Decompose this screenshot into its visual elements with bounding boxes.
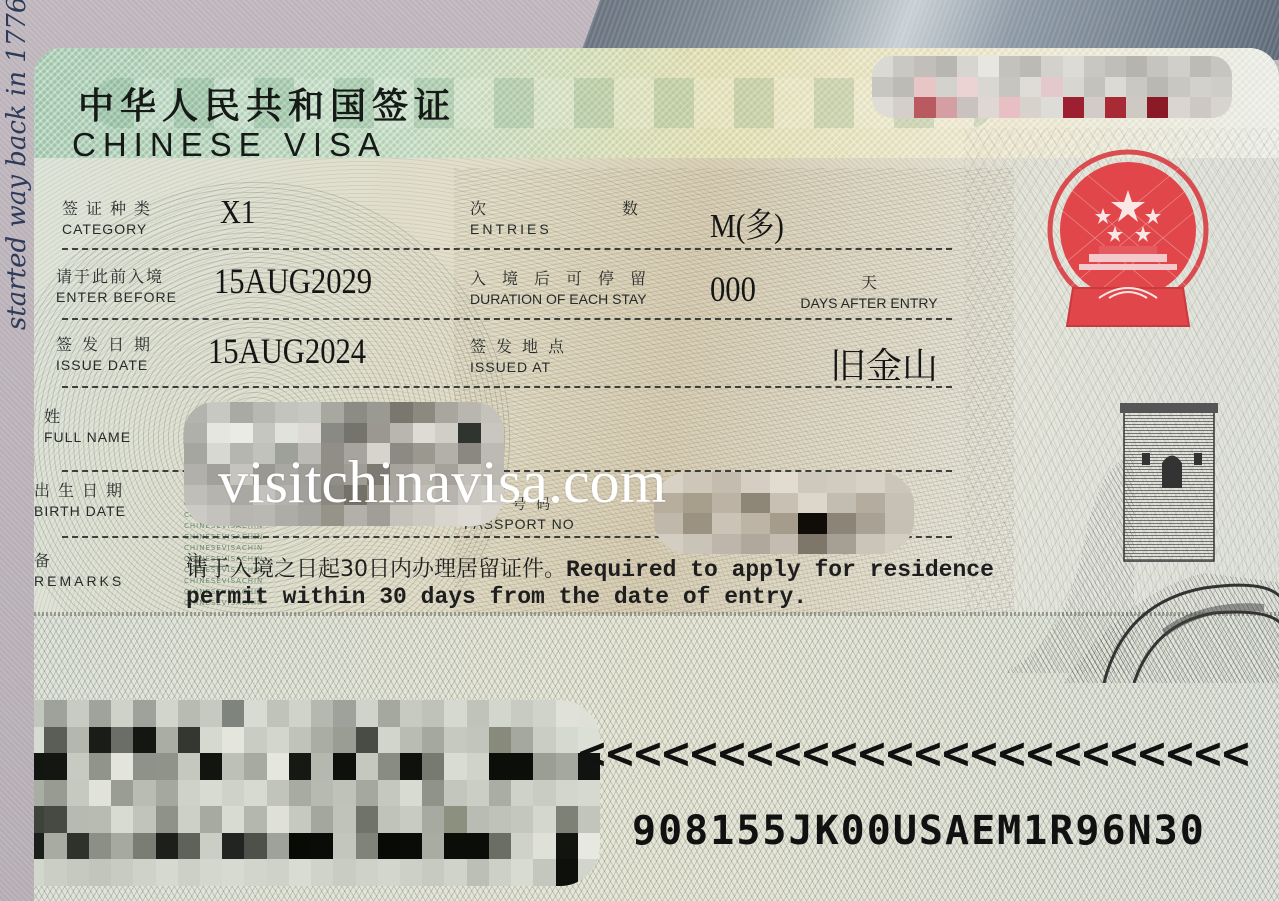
mrz-filler-char: < bbox=[1052, 729, 1080, 777]
mrz-filler-char: < bbox=[1192, 729, 1220, 777]
enter-before-label: 请于此前入境 ENTER BEFORE bbox=[56, 264, 177, 305]
mrz-filler-char: < bbox=[940, 729, 968, 777]
mrz-filler-char: < bbox=[1108, 729, 1136, 777]
duration-value: 000 bbox=[710, 268, 756, 310]
category-value: X1 bbox=[220, 194, 255, 232]
redacted-mrz-line bbox=[34, 700, 600, 886]
visa-title-chinese: 中华人民共和国签证 bbox=[78, 78, 456, 129]
redacted-passport-number bbox=[654, 472, 914, 554]
national-emblem-icon bbox=[1039, 148, 1217, 338]
issue-date-label: 签发日期 ISSUE DATE bbox=[56, 332, 160, 373]
redacted-visa-number bbox=[872, 56, 1232, 118]
enter-before-value: 15AUG2029 bbox=[214, 260, 372, 302]
mrz-filler-char: < bbox=[716, 729, 744, 777]
category-label: 签证种类 CATEGORY bbox=[62, 196, 158, 237]
mrz-filler-char: < bbox=[856, 729, 884, 777]
mrz-filler-char: < bbox=[828, 729, 856, 777]
mrz-filler-char: < bbox=[912, 729, 940, 777]
mrz-filler-char: < bbox=[1220, 729, 1248, 777]
great-wall-illustration bbox=[1004, 393, 1279, 683]
entries-value: M(多) bbox=[710, 198, 784, 247]
watermark: visitchinavisa.com bbox=[218, 448, 666, 517]
mrz-filler-char: < bbox=[1080, 729, 1108, 777]
mrz-filler-char: < bbox=[884, 729, 912, 777]
mrz-filler-char: < bbox=[604, 729, 632, 777]
mrz-filler-char: < bbox=[1024, 729, 1052, 777]
visa-sticker: CHINESEVISACHINESEVCHINESEVISACHINESEVCH… bbox=[34, 48, 1279, 901]
visa-title-english: CHINESE VISA bbox=[72, 126, 387, 164]
field-divider bbox=[62, 386, 952, 388]
field-divider bbox=[62, 248, 952, 250]
mrz-filler-char: < bbox=[660, 729, 688, 777]
mrz-filler-char: < bbox=[800, 729, 828, 777]
mrz-line-2: 908155JK00USAEM1R96N30 bbox=[632, 808, 1206, 854]
mrz-filler-char: < bbox=[632, 729, 660, 777]
mrz-filler-char: < bbox=[576, 729, 604, 777]
mrz-filler-char: < bbox=[744, 729, 772, 777]
mrz-filler-char: < bbox=[1164, 729, 1192, 777]
remarks-line-2: permit within 30 days from the date of e… bbox=[186, 584, 807, 610]
field-divider bbox=[62, 318, 952, 320]
mrz-filler-char: < bbox=[1136, 729, 1164, 777]
mrz-line-1-filler: <<<<<<<<<<<<<<<<<<<<<<<< bbox=[576, 731, 1248, 775]
issued-at-value: 旧金山 bbox=[830, 338, 938, 389]
issue-date-value: 15AUG2024 bbox=[208, 330, 366, 372]
remarks-line-1: 请于入境之日起30日内办理居留证件。Required to apply for … bbox=[186, 552, 994, 583]
mrz-filler-char: < bbox=[688, 729, 716, 777]
birth-date-label: 出生日期 BIRTH DATE bbox=[34, 478, 130, 519]
issued-at-label: 签发地点 ISSUED AT bbox=[470, 334, 574, 375]
mrz-filler-char: < bbox=[996, 729, 1024, 777]
duration-label: 入境后可停留 DURATION OF EACH STAY bbox=[470, 266, 662, 307]
entries-label: 次 数 ENTRIES bbox=[470, 196, 698, 237]
duration-unit: 天 DAYS AFTER ENTRY bbox=[784, 270, 954, 311]
mrz-filler-char: < bbox=[968, 729, 996, 777]
mrz-filler-char: < bbox=[772, 729, 800, 777]
